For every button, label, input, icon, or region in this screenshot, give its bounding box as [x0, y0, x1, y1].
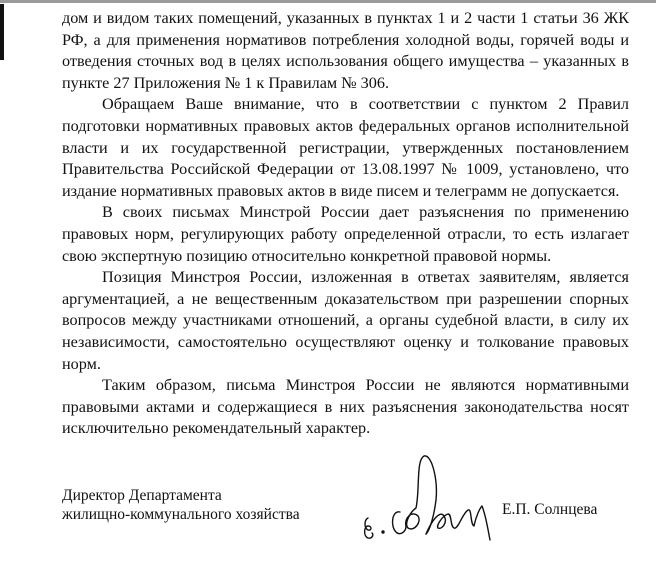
scan-top-edge [0, 0, 656, 3]
signatory-title-line-2: жилищно-коммунального хозяйства [62, 505, 300, 524]
letter-body: дом и видом таких помещений, указанных в… [62, 8, 629, 440]
paragraph-conclusion: Таким образом, письма Минстроя России не… [62, 375, 629, 440]
scan-left-edge-mark [0, 4, 4, 60]
signatory-title-line-1: Директор Департамента [62, 486, 300, 505]
paragraph-attention: Обращаем Ваше внимание, что в соответств… [62, 94, 629, 202]
paragraph-position: Позиция Минстроя России, изложенная в от… [62, 267, 629, 375]
paragraph-continuation: дом и видом таких помещений, указанных в… [62, 8, 629, 94]
handwritten-signature-icon [350, 450, 500, 560]
signatory-name: Е.П. Солнцева [502, 500, 597, 519]
signatory-title: Директор Департамента жилищно-коммунальн… [62, 486, 300, 524]
paragraph-letters: В своих письмах Минстрой России дает раз… [62, 202, 629, 267]
